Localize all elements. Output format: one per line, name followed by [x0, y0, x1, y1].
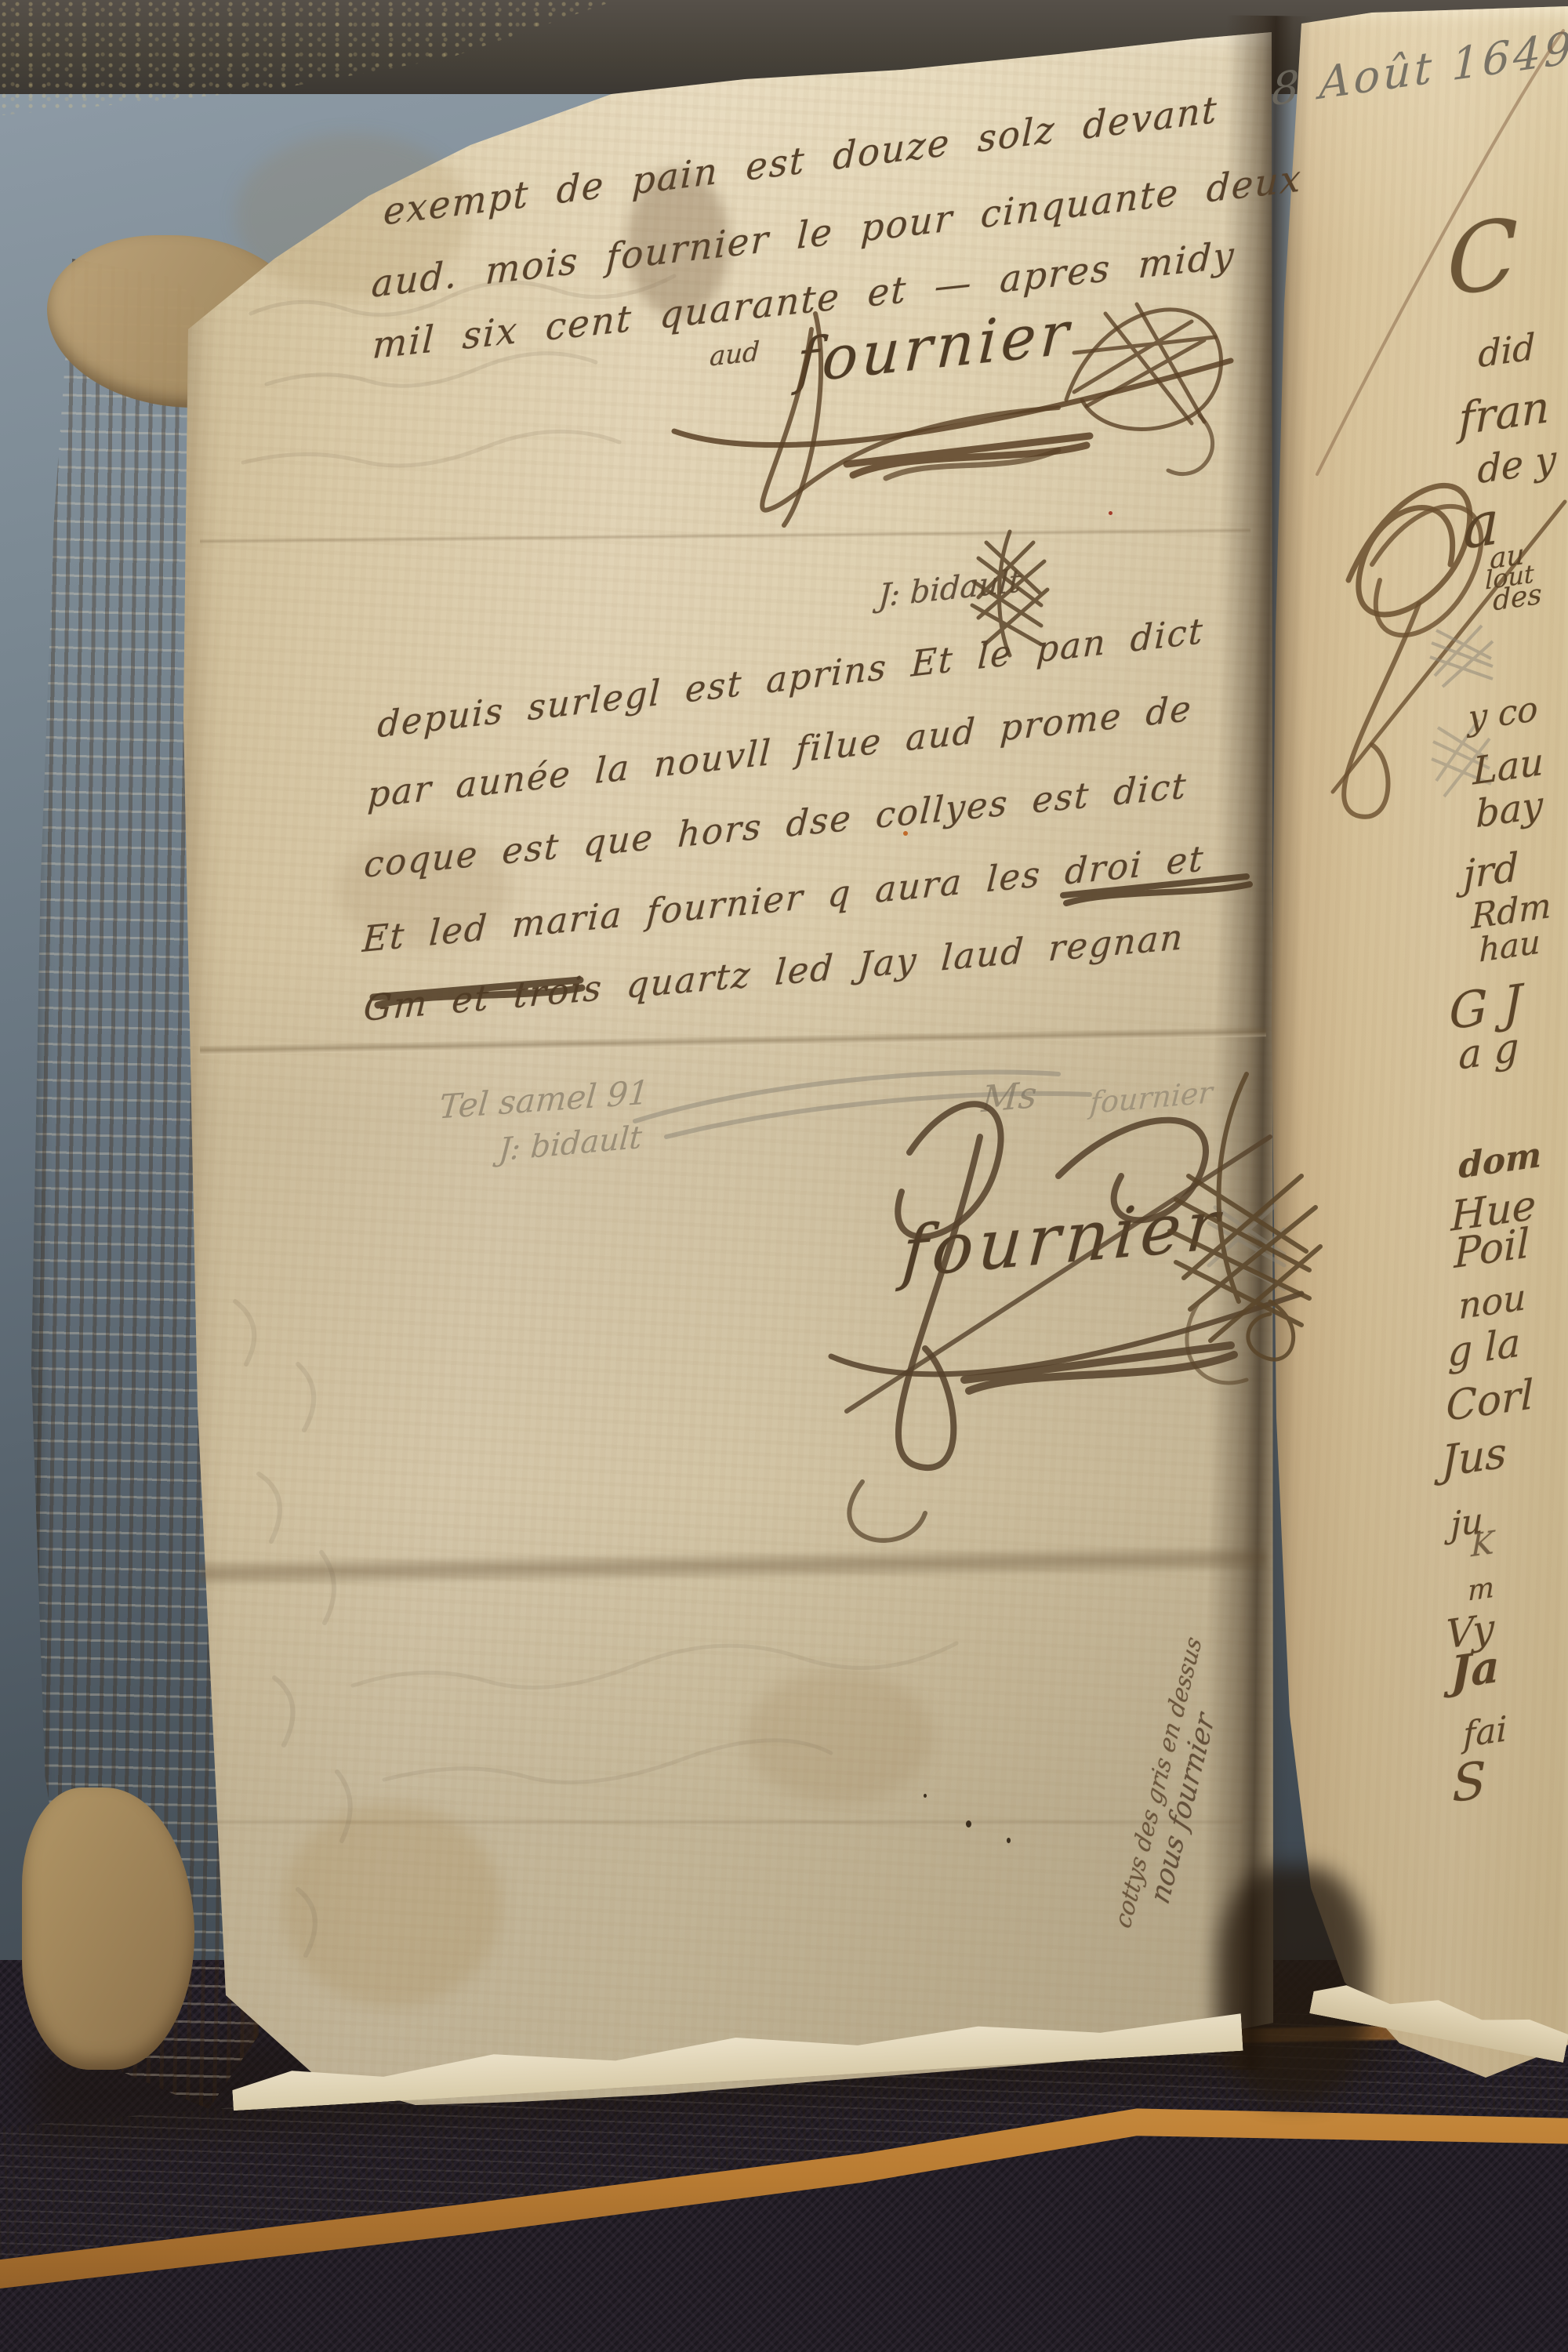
right-page-fragment: S	[1452, 1751, 1486, 1815]
right-page-fragment: des	[1493, 578, 1541, 617]
right-page-fragment: Jus	[1441, 1428, 1506, 1486]
ink-speck	[1007, 1838, 1011, 1843]
signature1-flourish	[651, 282, 1262, 549]
right-page-fragment: bay	[1475, 783, 1543, 837]
entry2-strikeout-line5	[368, 969, 588, 1013]
entry2-strikeout-line4	[1058, 869, 1254, 908]
right-page-fragment: fai	[1463, 1709, 1507, 1755]
right-page-fragment: Ja	[1450, 1640, 1499, 1699]
photo-manuscript-register: exempt de pain est douze solz devant aud…	[0, 0, 1568, 2352]
signature2-paraph-crosshatch	[1152, 1066, 1333, 1380]
right-page-fragment: did	[1478, 325, 1535, 376]
bleedthrough-strokes-bottom	[337, 1623, 980, 1858]
right-page-fragment: a g	[1458, 1024, 1519, 1078]
ink-speck	[966, 1820, 971, 1828]
ink-speck	[924, 1794, 927, 1798]
right-page-fragment: K	[1471, 1525, 1494, 1565]
right-page-fragment: C	[1446, 198, 1518, 318]
right-page-fragment: m	[1468, 1571, 1494, 1607]
right-page-fragment: jrd	[1463, 844, 1519, 898]
pencil-crosshatch-right1	[1427, 619, 1497, 690]
